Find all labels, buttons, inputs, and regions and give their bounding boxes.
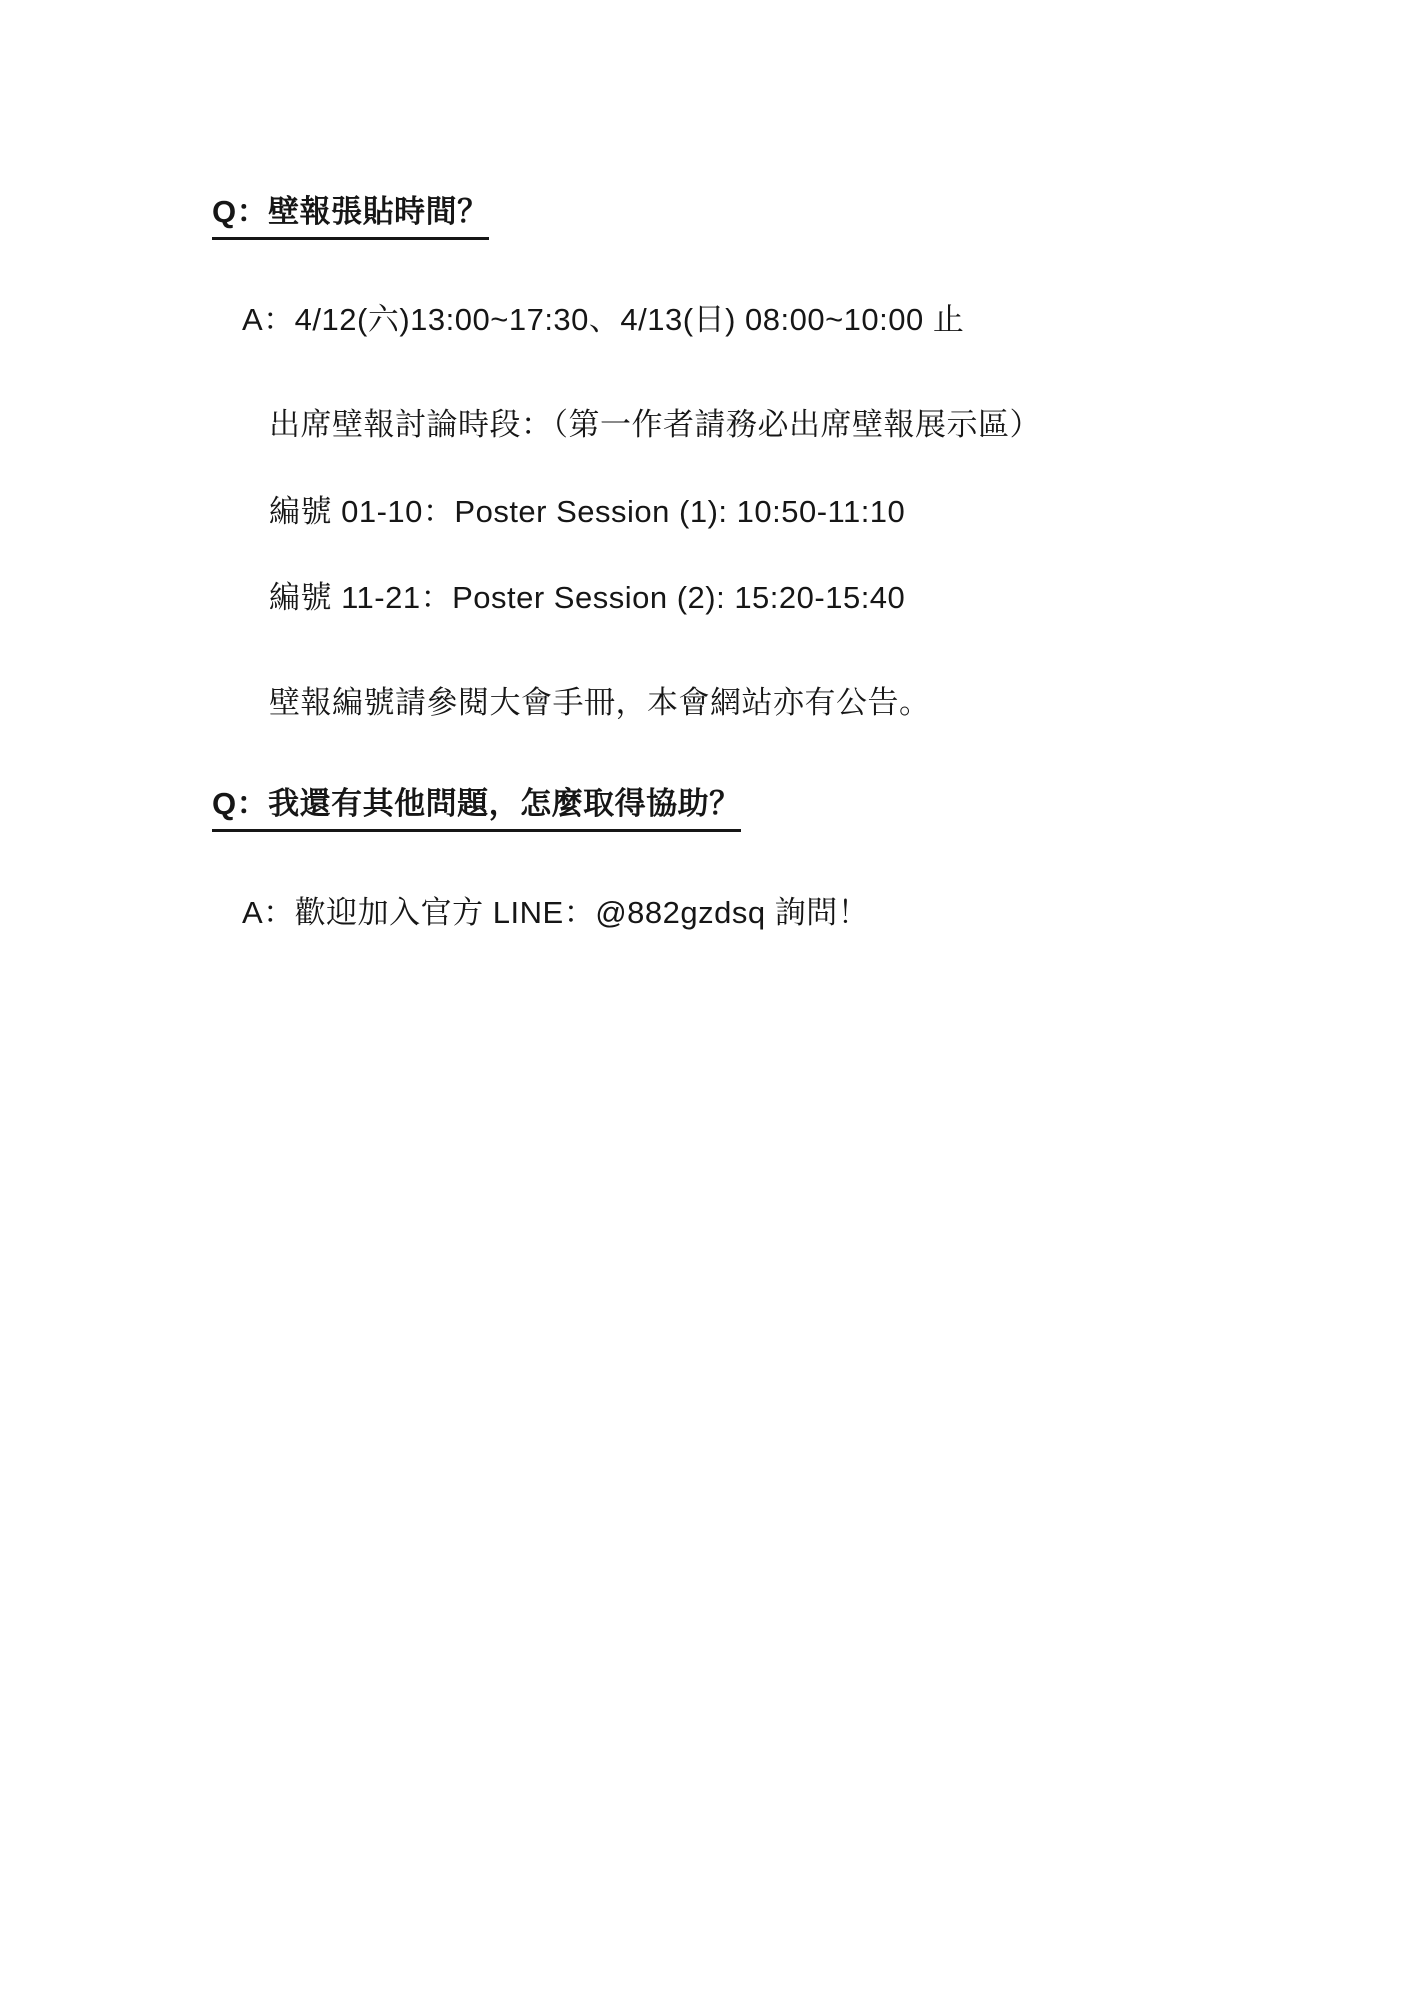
question-heading-poster-time: Q：壁報張貼時間？: [212, 193, 489, 240]
answer-line-line-contact: A：歡迎加入官方 LINE：@882gzdsq 詢問！: [242, 894, 869, 933]
answer-line-poster-number-note: 壁報編號請參閱大會手冊，本會網站亦有公告。: [269, 684, 931, 723]
question-heading-get-help: Q：我還有其他問題，怎麼取得協助？: [212, 785, 741, 832]
document-page: Q：壁報張貼時間？ A：4/12(六)13:00~17:30、4/13(日) 0…: [0, 0, 1414, 2000]
answer-line-poster-session-1: 編號 01-10：Poster Session (1): 10:50-11:10: [269, 493, 905, 532]
answer-line-discussion-periods: 出席壁報討論時段：（第一作者請務必出席壁報展示區）: [269, 406, 1041, 445]
answer-line-poster-session-2: 編號 11-21：Poster Session (2): 15:20-15:40: [269, 579, 905, 618]
answer-line-poster-time: A：4/12(六)13:00~17:30、4/13(日) 08:00~10:00…: [242, 301, 964, 340]
